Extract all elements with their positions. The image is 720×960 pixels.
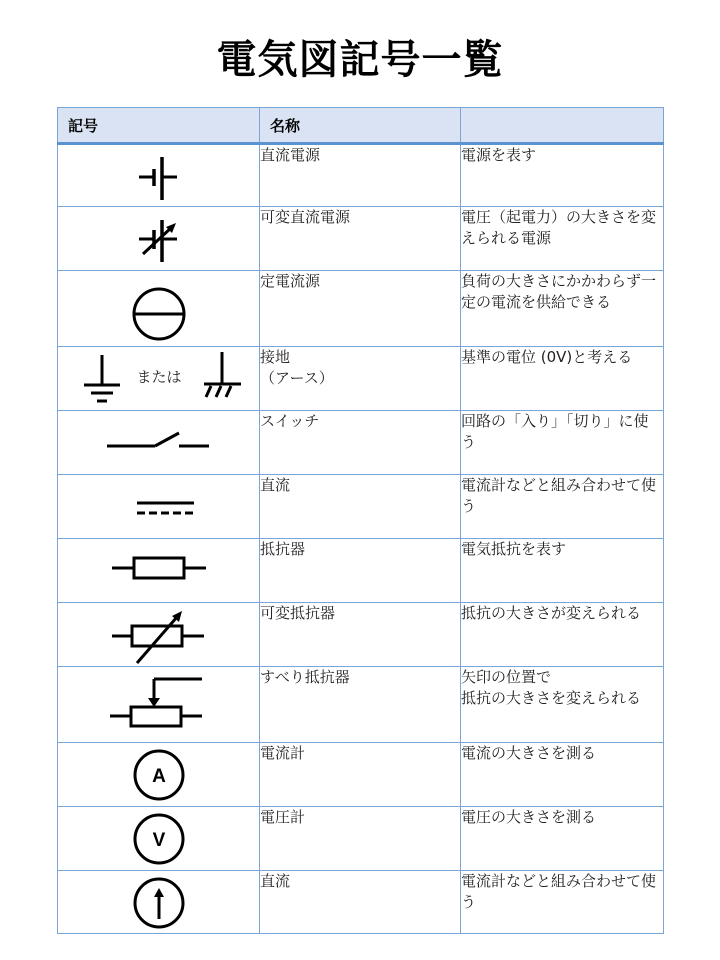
table-row: 直流電源 電源を表す [58,144,664,207]
symbol-cell [58,411,260,475]
header-name: 名称 [260,108,461,144]
row-name: スイッチ [260,411,461,475]
or-label: または [136,368,181,386]
symbol-cell [58,603,260,667]
page-title: 電気図記号一覧 [0,28,720,85]
symbol-table: 記号 名称 直流電源 電源を表す [57,107,664,934]
variable-resistor-icon [104,603,214,665]
row-description: 電流計などと組み合わせて使う [461,871,664,934]
direct-current-icon [119,475,199,535]
chassis-ground-icon [204,352,241,397]
row-name: 直流 [260,871,461,934]
svg-text:V: V [152,830,165,851]
table-row: V 電圧計 電圧の大きさを測る [58,807,664,871]
symbol-cell [58,207,260,271]
symbol-cell [58,475,260,539]
symbol-cell [58,871,260,934]
svg-text:A: A [152,766,166,787]
table-row: 定電流源 負荷の大きさにかかわらず一定の電流を供給できる [58,271,664,347]
row-description: 電流の大きさを測る [461,743,664,807]
row-description: 電圧の大きさを測る [461,807,664,871]
header-description [461,108,664,144]
resistor-icon [104,539,214,599]
row-name: 接地 （アース） [260,347,461,411]
constant-current-source-icon [124,271,194,345]
symbol-cell [58,539,260,603]
header-symbol: 記号 [58,108,260,144]
table-row: 可変抵抗器 抵抗の大きさが変えられる [58,603,664,667]
voltmeter-icon: V [129,807,189,869]
row-name: すべり抵抗器 [260,667,461,743]
sliding-resistor-icon [104,667,214,741]
ground-icon [84,355,120,401]
ammeter-icon: A [129,743,189,805]
row-name: 抵抗器 [260,539,461,603]
row-description: 電圧（起電力）の大きさを変えられる電源 [461,207,664,271]
symbol-cell: または [58,347,260,411]
table-header-row: 記号 名称 [58,108,664,144]
row-name: 電圧計 [260,807,461,871]
table-row: または 接地 （アース） 基準の電位 (0V)と考える [58,347,664,411]
symbol-cell [58,144,260,207]
symbol-cell [58,271,260,347]
table-row: 直流 電流計などと組み合わせて使う [58,475,664,539]
table-row: A 電流計 電流の大きさを測る [58,743,664,807]
ground-icons: または [59,347,259,409]
switch-icon [99,411,219,471]
symbol-cell [58,667,260,743]
row-description: 回路の「入り」「切り」に使う [461,411,664,475]
table-row: 抵抗器 電気抵抗を表す [58,539,664,603]
row-name: 可変直流電源 [260,207,461,271]
variable-dc-power-source-icon [129,207,189,267]
row-description: 矢印の位置で 抵抗の大きさを変えられる [461,667,664,743]
row-description: 電気抵抗を表す [461,539,664,603]
row-description: 基準の電位 (0V)と考える [461,347,664,411]
symbol-cell: A [58,743,260,807]
row-name: 可変抵抗器 [260,603,461,667]
row-name: 直流 [260,475,461,539]
dc-power-source-icon [129,145,189,205]
row-description: 負荷の大きさにかかわらず一定の電流を供給できる [461,271,664,347]
row-description: 電流計などと組み合わせて使う [461,475,664,539]
table-row: 直流 電流計などと組み合わせて使う [58,871,664,934]
table-row: スイッチ 回路の「入り」「切り」に使う [58,411,664,475]
table-row: すべり抵抗器 矢印の位置で 抵抗の大きさを変えられる [58,667,664,743]
row-name: 直流電源 [260,144,461,207]
row-description: 電源を表す [461,144,664,207]
table-row: 可変直流電源 電圧（起電力）の大きさを変えられる電源 [58,207,664,271]
symbol-cell: V [58,807,260,871]
dc-meter-icon [129,871,189,933]
row-name: 電流計 [260,743,461,807]
row-name: 定電流源 [260,271,461,347]
row-description: 抵抗の大きさが変えられる [461,603,664,667]
